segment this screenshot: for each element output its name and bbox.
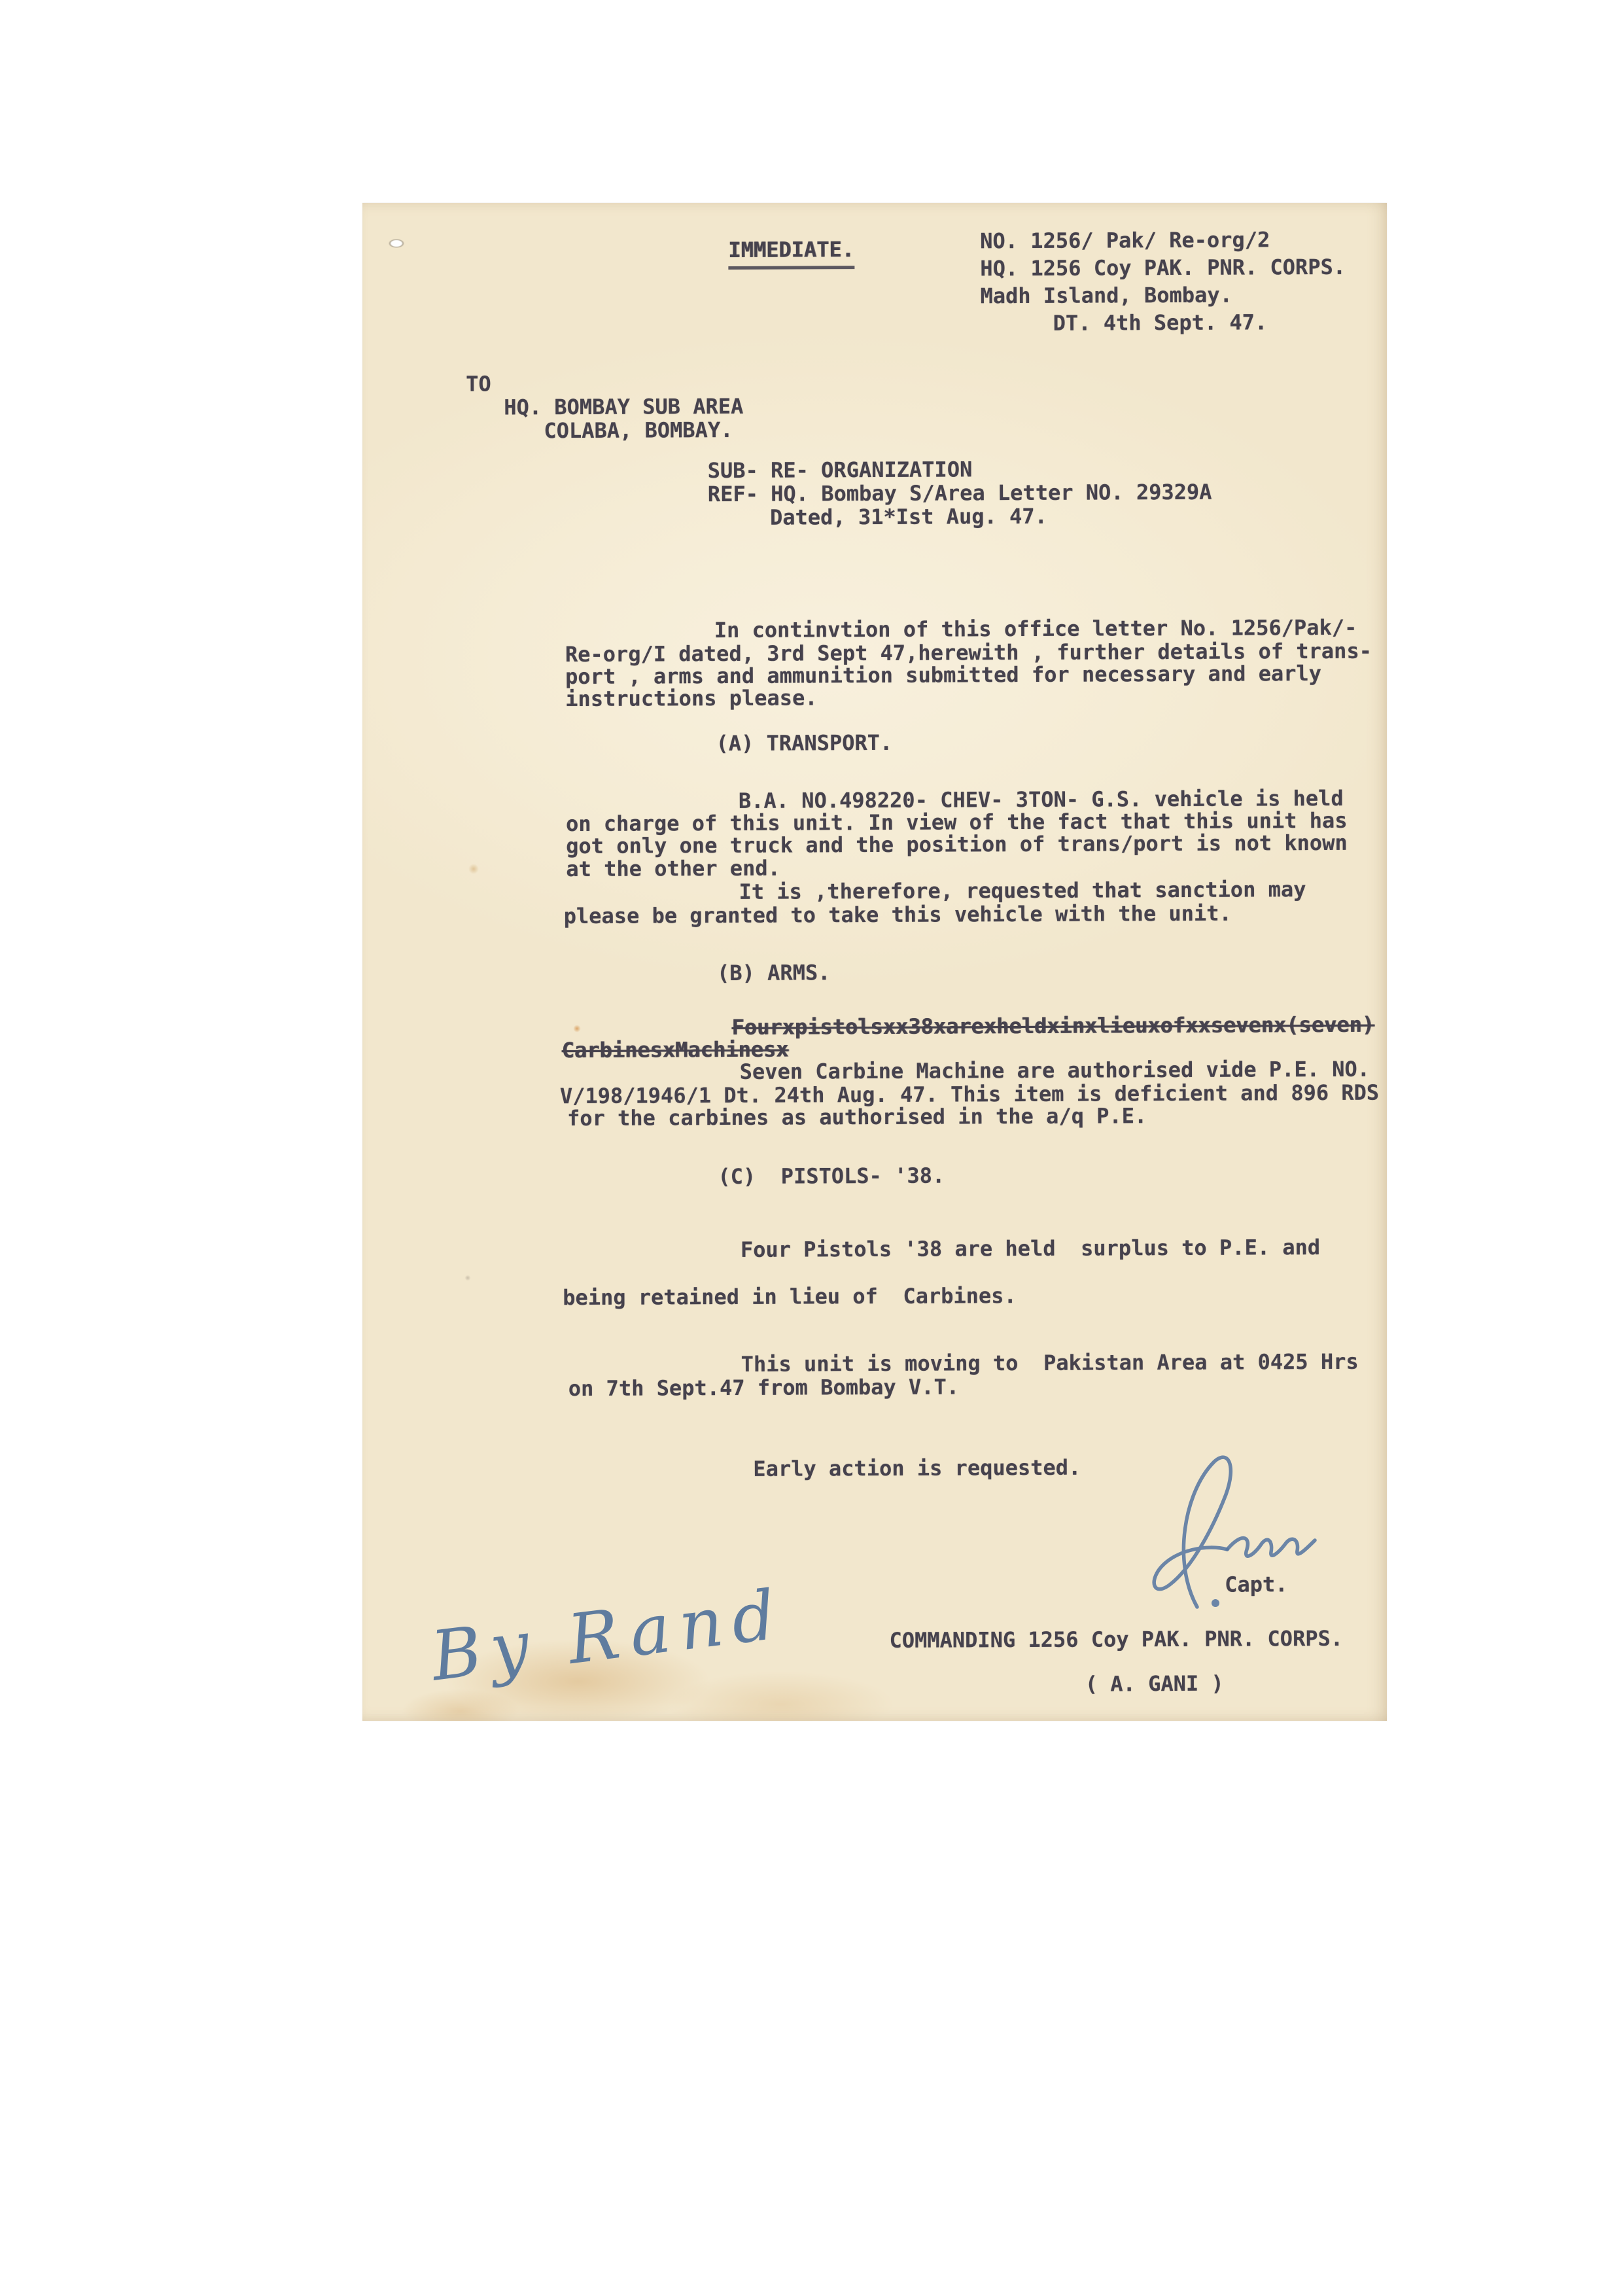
dated-line: Dated, 31*Ist Aug. 47.	[770, 504, 1047, 530]
to-label: TO	[466, 372, 491, 397]
intro-line-3: port , arms and ammunition submitted for…	[565, 661, 1321, 689]
reference-line: REF- HQ. Bombay S/Area Letter NO. 29329A	[708, 480, 1212, 506]
unit-address-line: Madh Island, Bombay.	[980, 283, 1232, 309]
section-a-line-6: please be granted to take this vehicle w…	[564, 901, 1232, 928]
subject-line: SUB- RE- ORGANIZATION	[708, 457, 973, 483]
addressee-line1: HQ. BOMBAY SUB AREA	[504, 394, 743, 420]
section-c-line-2: being retained in lieu of Carbines.	[563, 1283, 1017, 1310]
ref-number-line: NO. 1256/ Pak/ Re-org/2	[980, 227, 1270, 253]
date-line: DT. 4th Sept. 47.	[1053, 309, 1268, 335]
intro-line-4: instructions please.	[565, 685, 817, 711]
typed-name-line: ( A. GANI )	[1085, 1671, 1224, 1697]
closing-line: Early action is requested.	[753, 1455, 1081, 1481]
signature-ink	[1094, 1451, 1355, 1621]
section-c-heading: (C) PISTOLS- '38.	[718, 1163, 945, 1190]
commanding-line: COMMANDING 1256 Coy PAK. PNR. CORPS.	[889, 1626, 1343, 1653]
section-b-heading: (B) ARMS.	[717, 960, 831, 985]
move-line-2: on 7th Sept.47 from Bombay V.T.	[568, 1374, 959, 1401]
priority-marking: IMMEDIATE.	[728, 237, 854, 270]
section-a-heading: (A) TRANSPORT.	[716, 730, 892, 756]
struck-out-line-1: Fourxpistolsxx38xarexheldxinxlieuxofxxse…	[731, 1012, 1374, 1040]
section-a-line-3: got only one truck and the position of t…	[566, 830, 1348, 858]
move-line-1: This unit is moving to Pakistan Area at …	[741, 1349, 1359, 1377]
paper-sheet: IMMEDIATE. NO. 1256/ Pak/ Re-org/2 HQ. 1…	[362, 203, 1387, 1721]
scanned-letter-page: IMMEDIATE. NO. 1256/ Pak/ Re-org/2 HQ. 1…	[0, 0, 1623, 2296]
section-a-line-4: at the other end.	[566, 856, 780, 881]
addressee-line2: COLABA, BOMBAY.	[544, 417, 733, 443]
unit-name-line: HQ. 1256 Coy PAK. PNR. CORPS.	[980, 255, 1346, 281]
section-b-line-3: for the carbines as authorised in the a/…	[567, 1103, 1147, 1131]
section-c-line-1: Four Pistols '38 are held surplus to P.E…	[741, 1235, 1320, 1262]
section-a-line-5: It is ,therefore, requested that sanctio…	[739, 877, 1306, 904]
